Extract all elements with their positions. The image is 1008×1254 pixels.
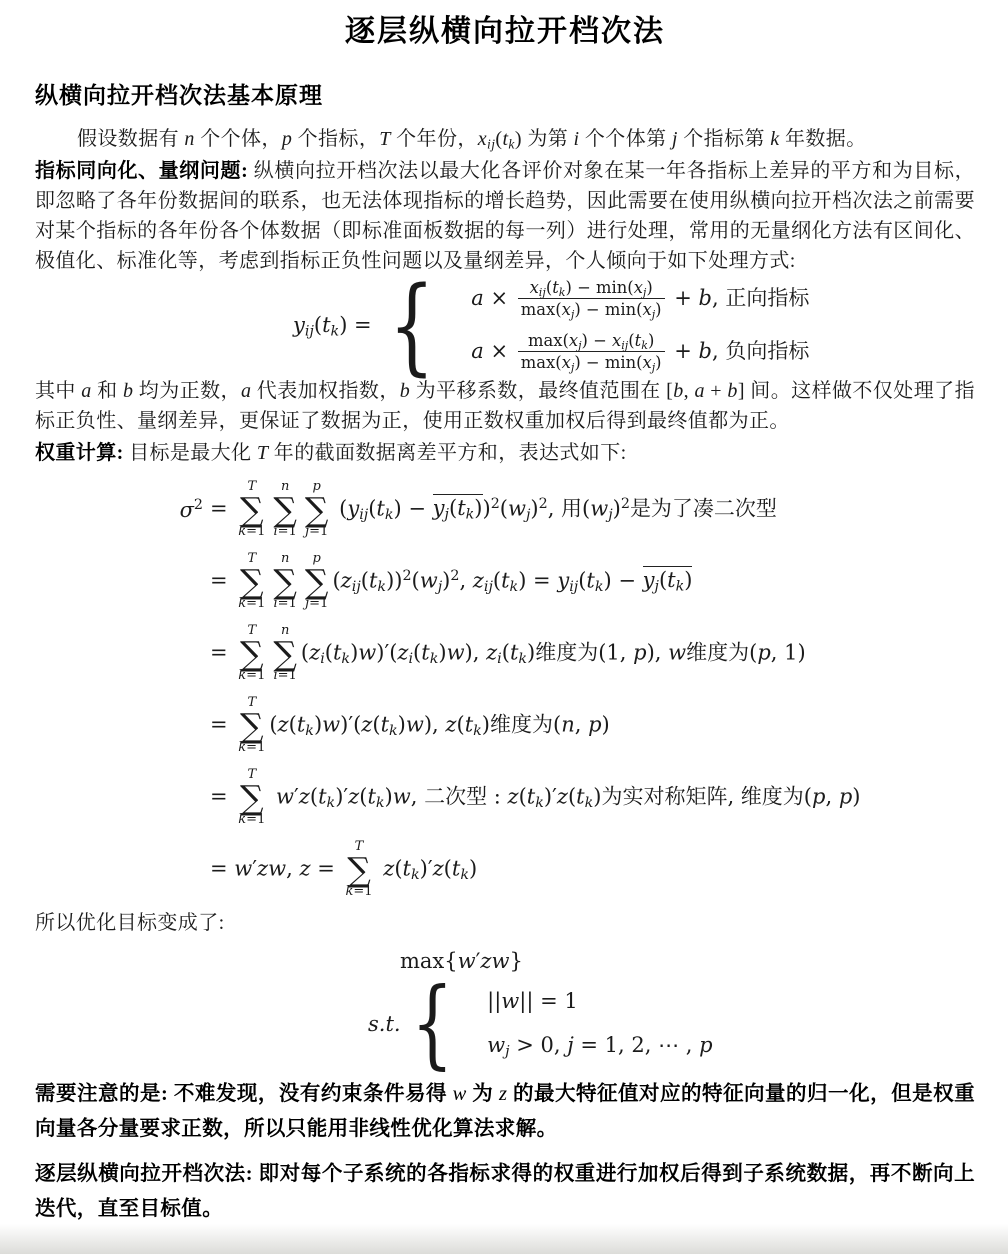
weight-calc-label: 权重计算: bbox=[35, 442, 129, 464]
derivation-line-1-body: = T∑k=1n∑i=1p∑j=1 (yij(tk) − yj(tk))2(wj… bbox=[210, 480, 777, 540]
paragraph-so-objective: 所以优化目标变成了: bbox=[35, 908, 975, 938]
paragraph-assumption: 假设数据有 n 个个体，p 个指标，T 个年份，xij(tk) 为第 i 个个体… bbox=[35, 124, 975, 154]
section-heading: 纵横向拉开档次法基本原理 bbox=[35, 82, 975, 110]
objective-formula: max{w′zw} bbox=[400, 948, 975, 974]
formula-normalization-lhs: yij(tk) = bbox=[293, 313, 372, 339]
case-negative-indicator: a × max(xj) − xij(tk)max(xj) − min(xj) +… bbox=[471, 331, 809, 374]
layered-method-text: 逐层纵横向拉开档次法: 即对每个子系统的各指标求得的权重进行加权后得到子系统数据… bbox=[35, 1163, 975, 1220]
derivation-line-6: = w′zw, z = T∑k=1 z(tk)′z(tk) bbox=[165, 834, 975, 906]
left-brace-icon: { bbox=[389, 276, 435, 376]
document-page: 逐层纵横向拉开档次法 纵横向拉开档次法基本原理 假设数据有 n 个个体，p 个指… bbox=[0, 0, 1008, 1254]
constraint-rows: ||w|| = 1 wj > 0, j = 1, 2, ⋯ , p bbox=[461, 989, 712, 1059]
paragraph-layered-method: 逐层纵横向拉开档次法: 即对每个子系统的各指标求得的权重进行加权后得到子系统数据… bbox=[35, 1157, 975, 1227]
derivation-line-4: = T∑k=1(z(tk)w)′(z(tk)w), z(tk)维度为(n, p) bbox=[165, 690, 975, 762]
so-objective-text: 所以优化目标变成了: bbox=[35, 912, 225, 934]
formula-normalization: yij(tk) = { a × xij(tk) − min(xj)max(xj)… bbox=[293, 278, 975, 374]
constraint-norm: ||w|| = 1 bbox=[487, 989, 712, 1013]
derivation-block: σ2 = T∑k=1n∑i=1p∑j=1 (yij(tk) − yj(tk))2… bbox=[165, 474, 975, 906]
derivation-line-3: = T∑k=1n∑i=1(zi(tk)w)′(zi(tk)w), zi(tk)维… bbox=[165, 618, 975, 690]
derivation-line-6-body: = w′zw, z = T∑k=1 z(tk)′z(tk) bbox=[210, 840, 477, 900]
derivation-line-3-body: = T∑k=1n∑i=1(zi(tk)w)′(zi(tk)w), zi(tk)维… bbox=[210, 624, 806, 684]
note-text: 需要注意的是: 不难发现，没有约束条件易得 w 为 z 的最大特征值对应的特征向… bbox=[35, 1083, 975, 1140]
constraints-block: s.t. { ||w|| = 1 wj > 0, j = 1, 2, ⋯ , p bbox=[368, 980, 975, 1067]
derivation-line-1: σ2 = T∑k=1n∑i=1p∑j=1 (yij(tk) − yj(tk))2… bbox=[165, 474, 975, 546]
assumption-text: 假设数据有 n 个个体，p 个指标，T 个年份，xij(tk) 为第 i 个个体… bbox=[77, 128, 867, 150]
paragraph-weight-calc: 权重计算: 目标是最大化 T 年的截面数据离差平方和，表达式如下: bbox=[35, 438, 975, 468]
ab-coefficients-text: 其中 a 和 b 均为正数，a 代表加权指数，b 为平移系数，最终值范围在 [b… bbox=[35, 380, 975, 432]
derivation-line-1-lhs: σ2 bbox=[165, 498, 203, 522]
page-bottom-fade bbox=[0, 1224, 1008, 1254]
left-brace-icon: { bbox=[411, 978, 453, 1070]
subject-to-label: s.t. bbox=[368, 1012, 401, 1036]
direction-problem-label: 指标同向化、量纲问题: bbox=[35, 160, 254, 182]
paragraph-note: 需要注意的是: 不难发现，没有约束条件易得 w 为 z 的最大特征值对应的特征向… bbox=[35, 1077, 975, 1147]
derivation-line-5-body: = T∑k=1 w′z(tk)′z(tk)w, 二次型 : z(tk)′z(tk… bbox=[210, 768, 860, 828]
weight-calc-text: 目标是最大化 T 年的截面数据离差平方和，表达式如下: bbox=[129, 442, 627, 464]
derivation-line-5: = T∑k=1 w′z(tk)′z(tk)w, 二次型 : z(tk)′z(tk… bbox=[165, 762, 975, 834]
derivation-line-2-body: = T∑k=1n∑i=1p∑j=1(zij(tk))2(wj)2, zij(tk… bbox=[210, 552, 692, 612]
normalization-cases: a × xij(tk) − min(xj)max(xj) − min(xj) +… bbox=[443, 278, 809, 374]
paragraph-ab-coefficients: 其中 a 和 b 均为正数，a 代表加权指数，b 为平移系数，最终值范围在 [b… bbox=[35, 376, 975, 436]
page-title: 逐层纵横向拉开档次法 bbox=[35, 14, 975, 50]
derivation-line-4-body: = T∑k=1(z(tk)w)′(z(tk)w), z(tk)维度为(n, p) bbox=[210, 696, 610, 756]
derivation-line-2: = T∑k=1n∑i=1p∑j=1(zij(tk))2(wj)2, zij(tk… bbox=[165, 546, 975, 618]
case-positive-indicator: a × xij(tk) − min(xj)max(xj) − min(xj) +… bbox=[471, 278, 809, 321]
paragraph-direction-problem: 指标同向化、量纲问题: 纵横向拉开档次法以最大化各评价对象在某一年各指标上差异的… bbox=[35, 156, 975, 276]
constraint-positive-weights: wj > 0, j = 1, 2, ⋯ , p bbox=[487, 1033, 712, 1059]
